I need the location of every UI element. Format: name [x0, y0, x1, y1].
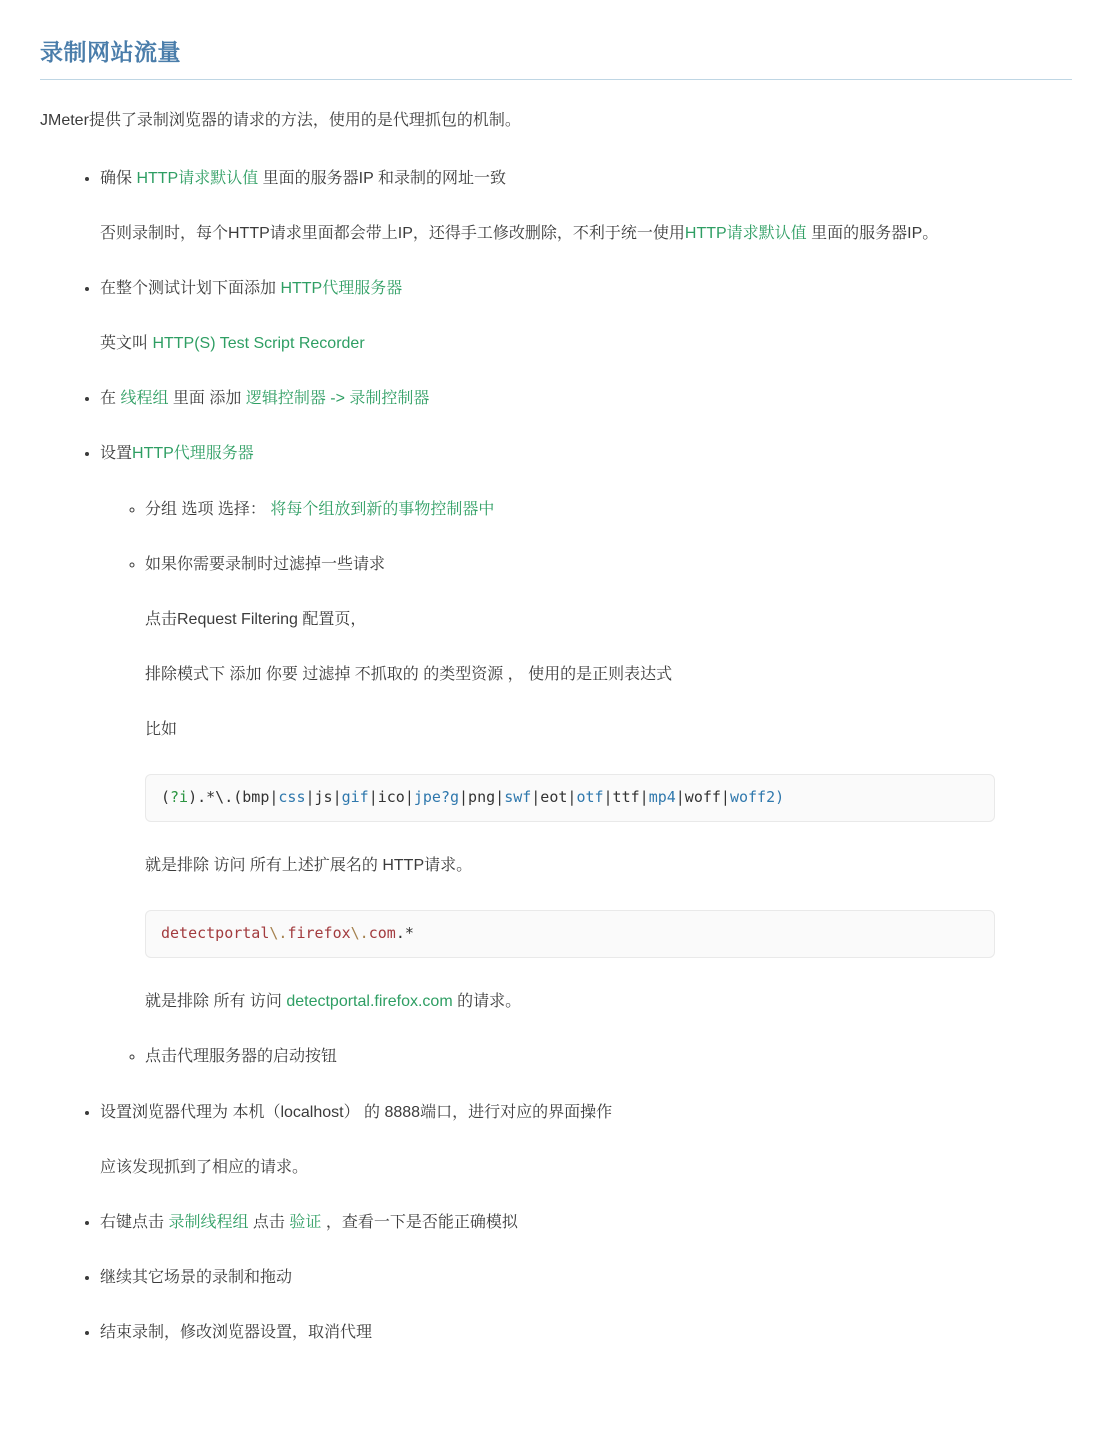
- paragraph: 在 线程组 里面 添加 逻辑控制器 -> 录制控制器: [100, 385, 1072, 413]
- list-item-configure-proxy: 设置HTTP代理服务器 分组 选项 选择： 将每个组放到新的事物控制器中 如果你…: [100, 440, 1072, 1071]
- paragraph: 分组 选项 选择： 将每个组放到新的事物控制器中: [145, 496, 1072, 524]
- code-token: css: [278, 788, 305, 806]
- paragraph: 英文叫 HTTP(S) Test Script Recorder: [100, 330, 1072, 358]
- intro-paragraph: JMeter提供了录制浏览器的请求的方法，使用的是代理抓包的机制。: [40, 107, 1072, 135]
- inline-link-transaction-controller-option[interactable]: 将每个组放到新的事物控制器中: [270, 501, 494, 518]
- page-title: 录制网站流量: [40, 34, 1072, 67]
- list-item-http-defaults: 确保 HTTP请求默认值 里面的服务器IP 和录制的网址一致 否则录制时，每个H…: [100, 165, 1072, 248]
- sub-item-start-proxy-button: 点击代理服务器的启动按钮: [145, 1043, 1072, 1071]
- paragraph: 设置浏览器代理为 本机（localhost） 的 8888端口，进行对应的界面操…: [100, 1099, 1072, 1127]
- code-token: |eot|: [531, 788, 576, 806]
- text-segment: 确保: [100, 170, 136, 187]
- text-segment: 的请求。: [453, 993, 521, 1010]
- text-segment: 里面 添加: [168, 390, 245, 407]
- inline-link-http-proxy-server[interactable]: HTTP代理服务器: [280, 280, 402, 297]
- text-segment: 里面的服务器IP。: [807, 225, 939, 242]
- paragraph: 应该发现抓到了相应的请求。: [100, 1154, 1072, 1182]
- code-token: \.: [269, 924, 287, 942]
- paragraph: 就是排除 所有 访问 detectportal.firefox.com 的请求。: [145, 988, 1072, 1016]
- list-item-browser-proxy: 设置浏览器代理为 本机（localhost） 的 8888端口，进行对应的界面操…: [100, 1099, 1072, 1182]
- paragraph: 确保 HTTP请求默认值 里面的服务器IP 和录制的网址一致: [100, 165, 1072, 193]
- code-token: .*: [396, 924, 414, 942]
- paragraph: 在整个测试计划下面添加 HTTP代理服务器: [100, 275, 1072, 303]
- code-token: \.: [351, 924, 369, 942]
- paragraph: 右键点击 录制线程组 点击 验证 ，查看一下是否能正确模拟: [100, 1209, 1072, 1237]
- list-item-add-proxy-server: 在整个测试计划下面添加 HTTP代理服务器 英文叫 HTTP(S) Test S…: [100, 275, 1072, 358]
- sub-item-grouping-option: 分组 选项 选择： 将每个组放到新的事物控制器中: [145, 496, 1072, 524]
- text-segment: 否则录制时，每个HTTP请求里面都会带上IP，还得手工修改删除，不利于统一使用: [100, 225, 685, 242]
- paragraph: 就是排除 访问 所有上述扩展名的 HTTP请求。: [145, 852, 1072, 880]
- paragraph: 排除模式下 添加 你要 过滤掉 不抓取的 的类型资源 ， 使用的是正则表达式: [145, 661, 1072, 689]
- text-segment: 就是排除 所有 访问: [145, 993, 286, 1010]
- sub-item-request-filtering: 如果你需要录制时过滤掉一些请求 点击Request Filtering 配置页，…: [145, 551, 1072, 1016]
- code-token: ).*\.(bmp|: [188, 788, 278, 806]
- text-segment: 英文叫: [100, 335, 152, 352]
- title-divider: [40, 79, 1072, 80]
- paragraph: 否则录制时，每个HTTP请求里面都会带上IP，还得手工修改删除，不利于统一使用H…: [100, 220, 1072, 248]
- code-token: jpe?g: [414, 788, 459, 806]
- code-token: otf: [576, 788, 603, 806]
- code-token: |woff|: [676, 788, 730, 806]
- code-block-exclude-extensions: (?i).*\.(bmp|css|js|gif|ico|jpe?g|png|sw…: [145, 774, 995, 822]
- paragraph: 继续其它场景的录制和拖动: [100, 1264, 1072, 1292]
- code-token: com: [369, 924, 396, 942]
- text-segment: 设置: [100, 445, 132, 462]
- code-token: ?i: [170, 788, 188, 806]
- paragraph: 设置HTTP代理服务器: [100, 440, 1072, 468]
- code-content: detectportal\.firefox\.com.*: [161, 924, 414, 942]
- list-item-verify-recording: 右键点击 录制线程组 点击 验证 ，查看一下是否能正确模拟: [100, 1209, 1072, 1237]
- text-segment: 在: [100, 390, 120, 407]
- inline-link-recording-thread-group[interactable]: 录制线程组: [168, 1214, 248, 1231]
- code-token: |js|: [306, 788, 342, 806]
- list-item-continue-recording: 继续其它场景的录制和拖动: [100, 1264, 1072, 1292]
- text-segment: 分组 选项 选择：: [145, 501, 270, 518]
- code-block-exclude-detectportal: detectportal\.firefox\.com.*: [145, 910, 995, 958]
- code-token: |png|: [459, 788, 504, 806]
- code-token: detectportal: [161, 924, 269, 942]
- text-segment: 右键点击: [100, 1214, 168, 1231]
- code-token: firefox: [287, 924, 350, 942]
- paragraph: 点击代理服务器的启动按钮: [145, 1043, 1072, 1071]
- code-content: (?i).*\.(bmp|css|js|gif|ico|jpe?g|png|sw…: [161, 788, 784, 806]
- code-token: |ttf|: [604, 788, 649, 806]
- text-segment: 里面的服务器IP 和录制的网址一致: [258, 170, 506, 187]
- inline-link-logic-recording-controller[interactable]: 逻辑控制器 -> 录制控制器: [246, 390, 430, 407]
- code-token: |ico|: [369, 788, 414, 806]
- list-item-thread-group-controller: 在 线程组 里面 添加 逻辑控制器 -> 录制控制器: [100, 385, 1072, 413]
- code-token: mp4: [649, 788, 676, 806]
- text-segment: 点击: [248, 1214, 289, 1231]
- inline-link-http-request-defaults[interactable]: HTTP请求默认值: [685, 225, 807, 242]
- code-token: swf: [504, 788, 531, 806]
- paragraph: 结束录制，修改浏览器设置，取消代理: [100, 1319, 1072, 1347]
- inline-link-verify[interactable]: 验证: [289, 1214, 321, 1231]
- paragraph: 点击Request Filtering 配置页，: [145, 606, 1072, 634]
- code-token: (: [161, 788, 170, 806]
- main-list: 确保 HTTP请求默认值 里面的服务器IP 和录制的网址一致 否则录制时，每个H…: [40, 165, 1072, 1347]
- list-item-finish-recording: 结束录制，修改浏览器设置，取消代理: [100, 1319, 1072, 1347]
- paragraph: 比如: [145, 716, 1072, 744]
- text-segment: 在整个测试计划下面添加: [100, 280, 280, 297]
- document-page: 录制网站流量 JMeter提供了录制浏览器的请求的方法，使用的是代理抓包的机制。…: [0, 0, 1112, 1434]
- code-token: woff2): [730, 788, 784, 806]
- text-segment: ，查看一下是否能正确模拟: [321, 1214, 517, 1231]
- inline-link-http-proxy-server[interactable]: HTTP代理服务器: [132, 445, 254, 462]
- inline-link-http-request-defaults[interactable]: HTTP请求默认值: [136, 170, 258, 187]
- inline-link-test-script-recorder[interactable]: HTTP(S) Test Script Recorder: [152, 335, 364, 352]
- inline-link-detectportal-firefox[interactable]: detectportal.firefox.com: [286, 993, 452, 1010]
- paragraph: 如果你需要录制时过滤掉一些请求: [145, 551, 1072, 579]
- sub-list: 分组 选项 选择： 将每个组放到新的事物控制器中 如果你需要录制时过滤掉一些请求…: [100, 496, 1072, 1071]
- code-token: gif: [342, 788, 369, 806]
- inline-link-thread-group[interactable]: 线程组: [120, 390, 168, 407]
